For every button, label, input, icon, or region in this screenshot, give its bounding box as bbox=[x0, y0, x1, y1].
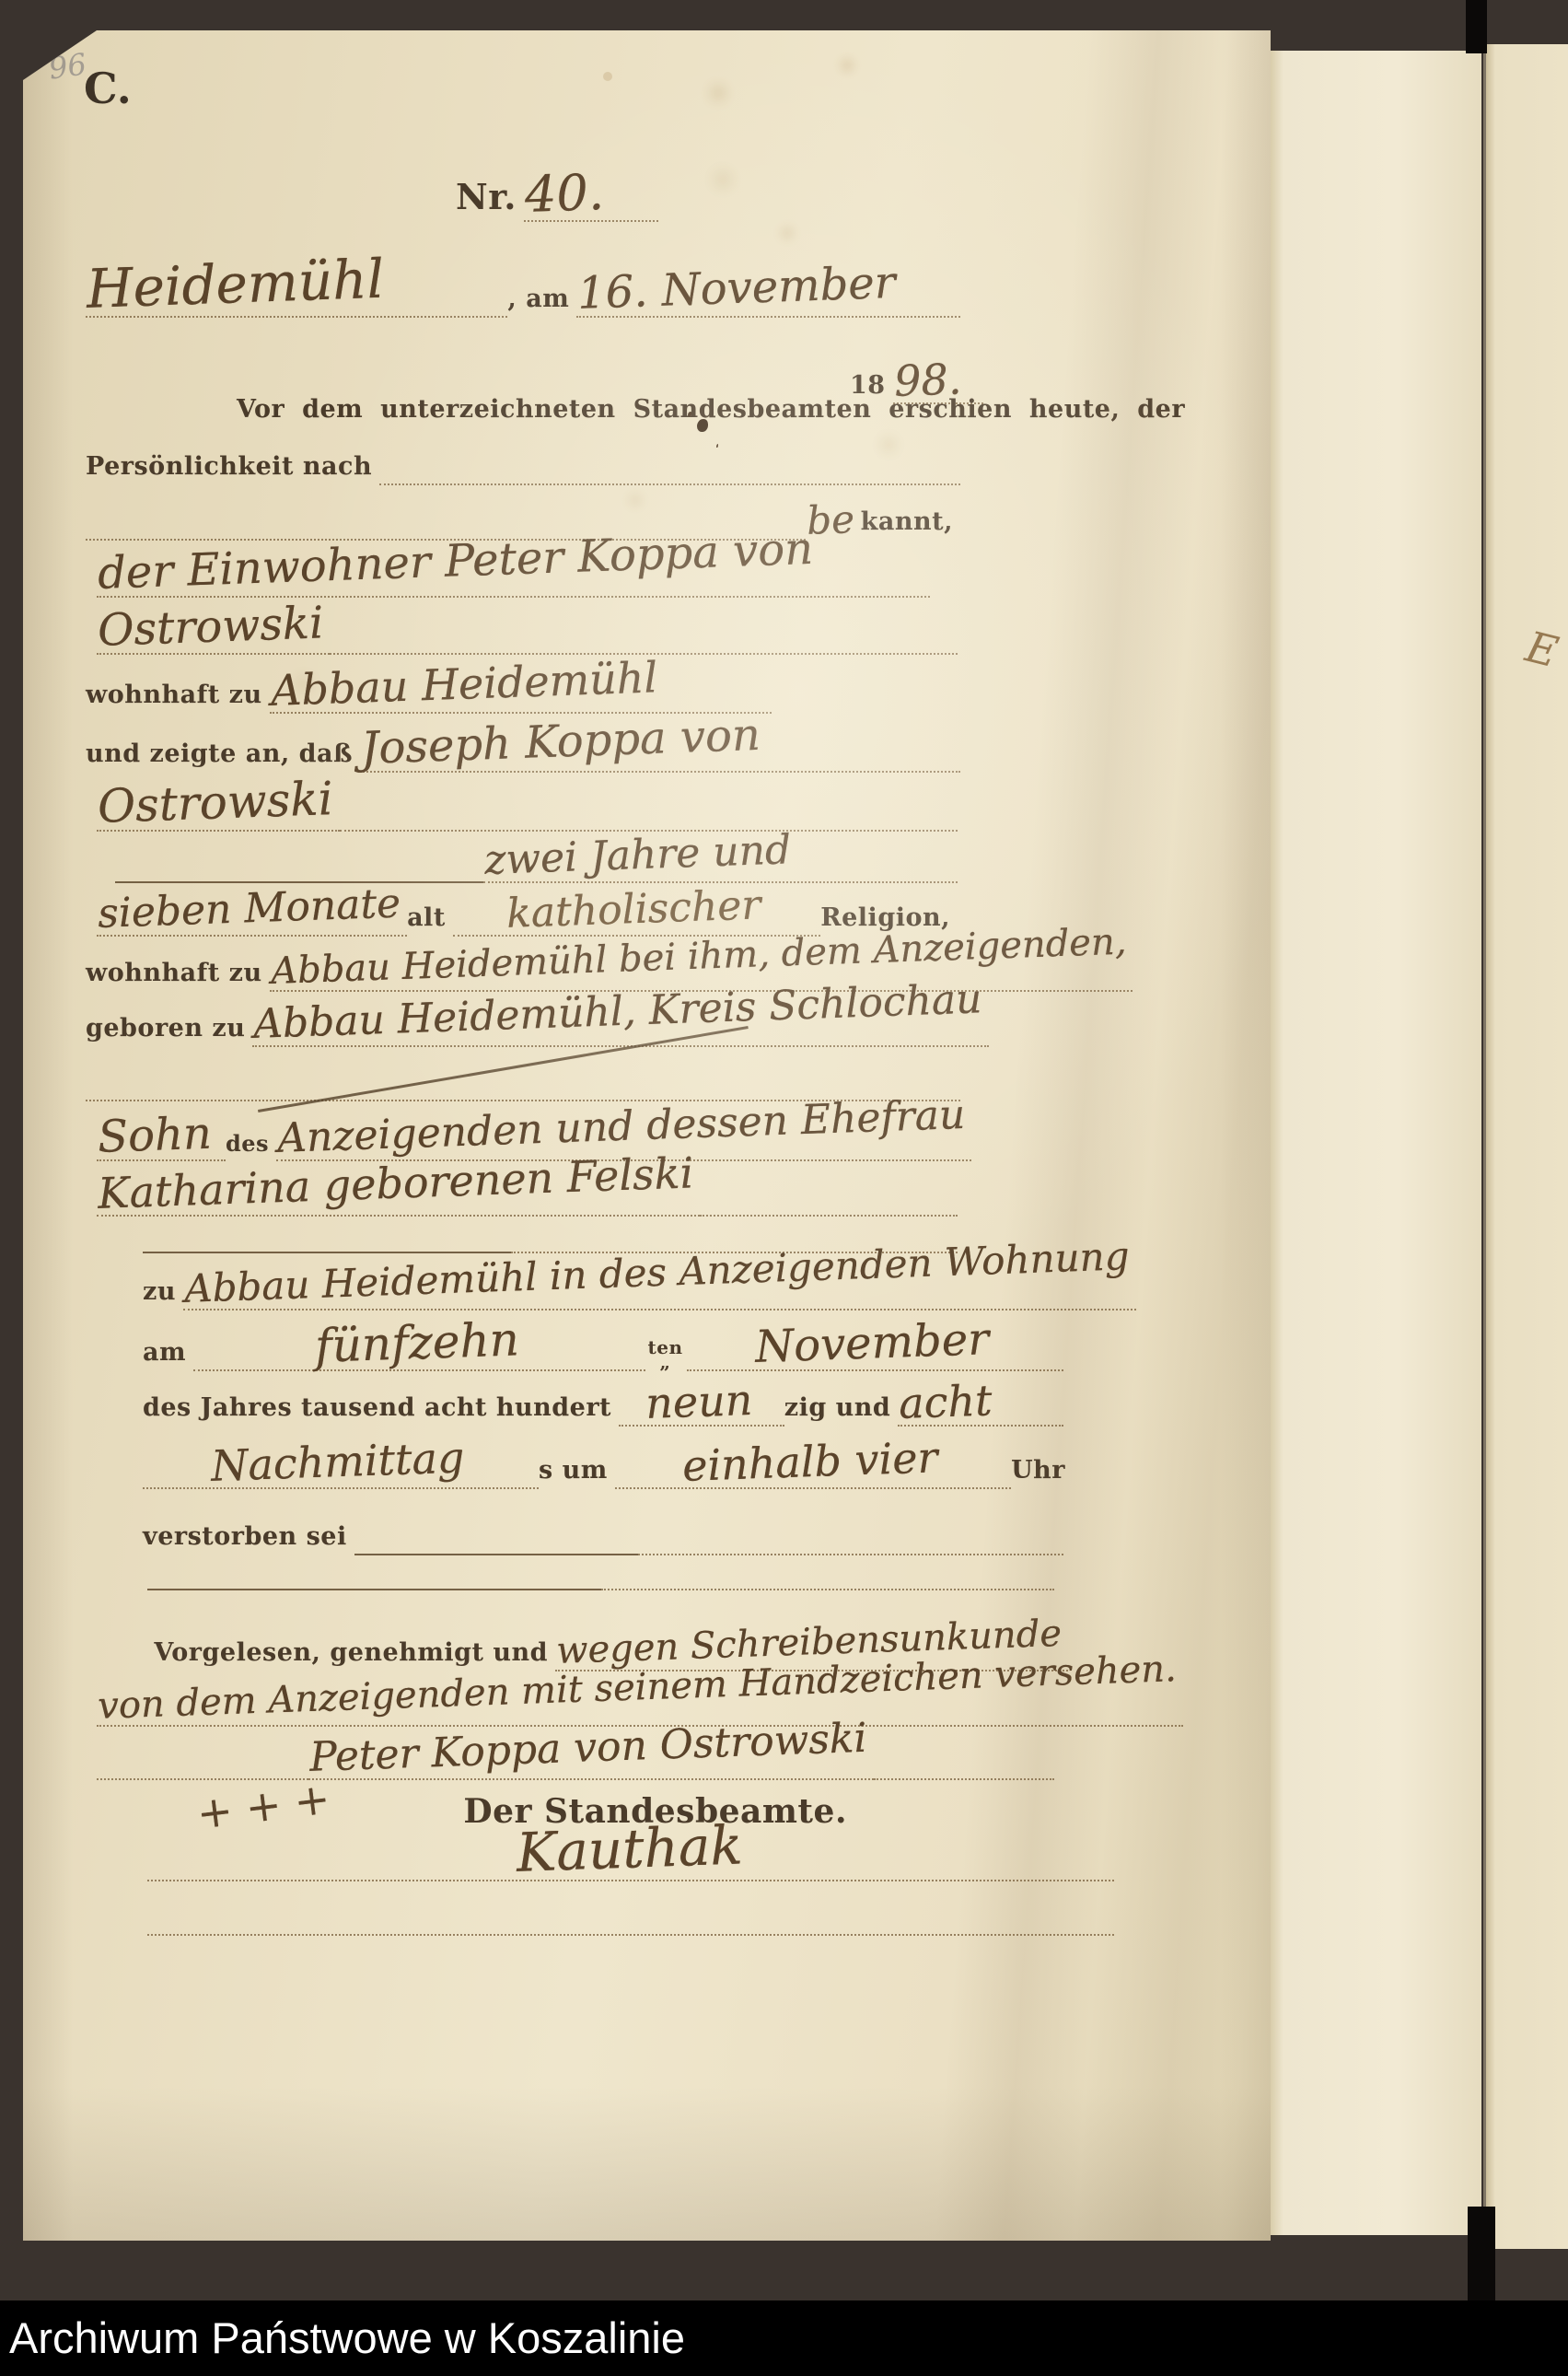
ten-mark: „ bbox=[659, 1355, 670, 1369]
blank-rule bbox=[143, 1252, 511, 1253]
archive-caption: Archiwum Państwowe w Koszalinie bbox=[9, 2308, 685, 2369]
age2: sieben Monate bbox=[95, 883, 406, 935]
death-place-row: zu Abbau Heidemühl in des Anzeigenden Wo… bbox=[143, 1257, 1063, 1310]
blank-line bbox=[147, 1934, 1114, 1936]
month-value: November bbox=[753, 1317, 996, 1369]
age1: zwei Jahre und bbox=[482, 830, 796, 881]
trailing-dotted-line bbox=[147, 1932, 1114, 1936]
signature-row: Kauthak bbox=[147, 1826, 1114, 1881]
year-tens: neun bbox=[643, 1379, 759, 1425]
death-time-row: Nachmittag s um einhalb vier Uhr bbox=[143, 1428, 1073, 1489]
birthplace-label: geboren zu bbox=[86, 1014, 252, 1047]
hour-value: einhalb vier bbox=[680, 1436, 945, 1487]
birthplace-row: geboren zu Abbau Heidemühl, Kreis Schloc… bbox=[86, 994, 960, 1047]
mark-name-row: Peter Koppa von Ostrowski bbox=[97, 1727, 1054, 1780]
religion-value: katholischer bbox=[505, 885, 768, 935]
record-number-row: Nr. 40. bbox=[456, 150, 658, 222]
year-ones-field: acht bbox=[898, 1425, 1063, 1427]
died-row: verstorben sei bbox=[143, 1513, 1063, 1555]
binding-gap-bottom bbox=[1468, 2207, 1495, 2302]
declarant-row1: der Einwohner Peter Koppa von bbox=[97, 535, 930, 598]
record-number-value: 40. bbox=[522, 168, 610, 220]
next-page-edge: E bbox=[1483, 44, 1568, 2249]
binding-gap-top bbox=[1466, 0, 1487, 53]
daytime-value: Nachmittag bbox=[209, 1436, 471, 1487]
year-tens-field: neun bbox=[619, 1425, 784, 1427]
record-number-field: 40. bbox=[524, 220, 658, 222]
caption-bar: Archiwum Państwowe w Koszalinie bbox=[0, 2300, 1568, 2376]
record-number-label: Nr. bbox=[456, 176, 524, 222]
place-value: Heidemühl bbox=[84, 251, 390, 316]
date-value: 16. November bbox=[575, 261, 902, 316]
mother-row: Katharina geborenen Felski bbox=[97, 1163, 958, 1217]
mark-name-field: Peter Koppa von Ostrowski bbox=[308, 1738, 874, 1780]
son-hand: Sohn bbox=[95, 1111, 217, 1159]
dateline-row: Heidemühl , am 16. November bbox=[86, 244, 960, 318]
deceased-name1: Joseph Koppa von bbox=[358, 713, 766, 771]
am2-label: am bbox=[143, 1338, 193, 1371]
deceased-surname-row: Ostrowski bbox=[97, 775, 958, 832]
year-line-label: des Jahres tausend acht hundert bbox=[143, 1393, 619, 1427]
report-label: und zeigte an, daß bbox=[86, 740, 360, 773]
page-fold-strip bbox=[1271, 51, 1481, 2235]
archive-scan: 96 C. Nr. 40. Heidemühl , am 16. Novembe… bbox=[0, 0, 1568, 2376]
blank-line bbox=[700, 1215, 958, 1217]
intro-line2-row: Persönlichkeit nach bbox=[86, 437, 960, 485]
separator-solid bbox=[147, 1589, 601, 1590]
section-letter: C. bbox=[84, 64, 132, 113]
document-page: 96 C. Nr. 40. Heidemühl , am 16. Novembe… bbox=[23, 30, 1271, 2241]
declarant-row2: Ostrowski bbox=[97, 600, 958, 655]
blank-line bbox=[638, 1554, 1063, 1555]
declarant-surname-field: Ostrowski bbox=[97, 609, 330, 655]
declarant-line2: Ostrowski bbox=[95, 600, 330, 653]
death-year-row: des Jahres tausend acht hundert neun zig… bbox=[143, 1373, 1063, 1427]
age-row1: zwei Jahre und bbox=[115, 833, 958, 883]
declarant-residence-row: wohnhaft zu Abbau Heidemühl bbox=[86, 657, 772, 714]
zig-label: zig und bbox=[784, 1393, 899, 1427]
intro-line1-row: Vor dem unterzeichneten Standesbeamten e… bbox=[237, 388, 973, 428]
closing-row2: von dem Anzeigenden mit seinem Handzeich… bbox=[97, 1673, 1054, 1727]
year-ones: acht bbox=[897, 1379, 999, 1425]
um-label: s um bbox=[539, 1456, 615, 1489]
registrar-signature: Kauthak bbox=[514, 1818, 749, 1880]
intro-line1: Vor dem unterzeichneten Standesbeamten e… bbox=[237, 395, 1192, 428]
declarant-line1: der Einwohner Peter Koppa von bbox=[95, 527, 819, 596]
intro-line2: Persönlichkeit nach bbox=[86, 452, 379, 485]
pencil-number: 96 bbox=[47, 46, 89, 86]
age-label: alt bbox=[407, 903, 453, 937]
age-field2: sieben Monate bbox=[97, 894, 407, 937]
age-row2: sieben Monate alt katholischer Religion, bbox=[97, 885, 958, 937]
zu-label: zu bbox=[143, 1277, 183, 1310]
son-label: des bbox=[226, 1130, 276, 1161]
deceased-surname-field: Ostrowski bbox=[97, 784, 340, 832]
hour-field: einhalb vier bbox=[615, 1487, 1011, 1489]
son-field: Sohn bbox=[97, 1115, 226, 1161]
daytime-field: Nachmittag bbox=[143, 1445, 539, 1489]
residence2-label: wohnhaft zu bbox=[86, 959, 270, 992]
mark-name: Peter Koppa von Ostrowski bbox=[307, 1718, 873, 1778]
place-field: Heidemühl bbox=[86, 262, 507, 318]
separator-dotted bbox=[601, 1589, 1055, 1590]
report-row: und zeigte an, daß Joseph Koppa von bbox=[86, 716, 960, 773]
closing-printed: Vorgelesen, genehmigt und bbox=[154, 1638, 555, 1671]
separator-rule bbox=[147, 1587, 1054, 1590]
death-place-field: Abbau Heidemühl in des Anzeigenden Wohnu… bbox=[183, 1309, 1136, 1310]
residence-label: wohnhaft zu bbox=[86, 681, 270, 714]
day-field: fünfzehn bbox=[193, 1323, 645, 1371]
deceased-name2: Ostrowski bbox=[95, 775, 339, 830]
mother-field: Katharina geborenen Felski bbox=[97, 1172, 700, 1217]
date-field: 16. November bbox=[576, 272, 960, 318]
deceased-name-field: Joseph Koppa von bbox=[360, 771, 960, 773]
died-label: verstorben sei bbox=[143, 1522, 354, 1555]
residence-value: Abbau Heidemühl bbox=[268, 656, 663, 712]
paper-fox-spots bbox=[603, 72, 612, 81]
blank-rule bbox=[354, 1554, 638, 1555]
death-day-row: am fünfzehn ten„ November bbox=[143, 1314, 1063, 1371]
uhr-label: Uhr bbox=[1011, 1456, 1073, 1489]
blank-line bbox=[379, 483, 960, 485]
am-label: , am bbox=[507, 285, 576, 318]
ten-label: ten„ bbox=[645, 1340, 686, 1371]
page-edge-flourish: E bbox=[1521, 622, 1563, 678]
month-field: November bbox=[687, 1325, 1064, 1371]
day-value: fünfzehn bbox=[312, 1316, 525, 1369]
declarant-field: der Einwohner Peter Koppa von bbox=[97, 596, 930, 598]
